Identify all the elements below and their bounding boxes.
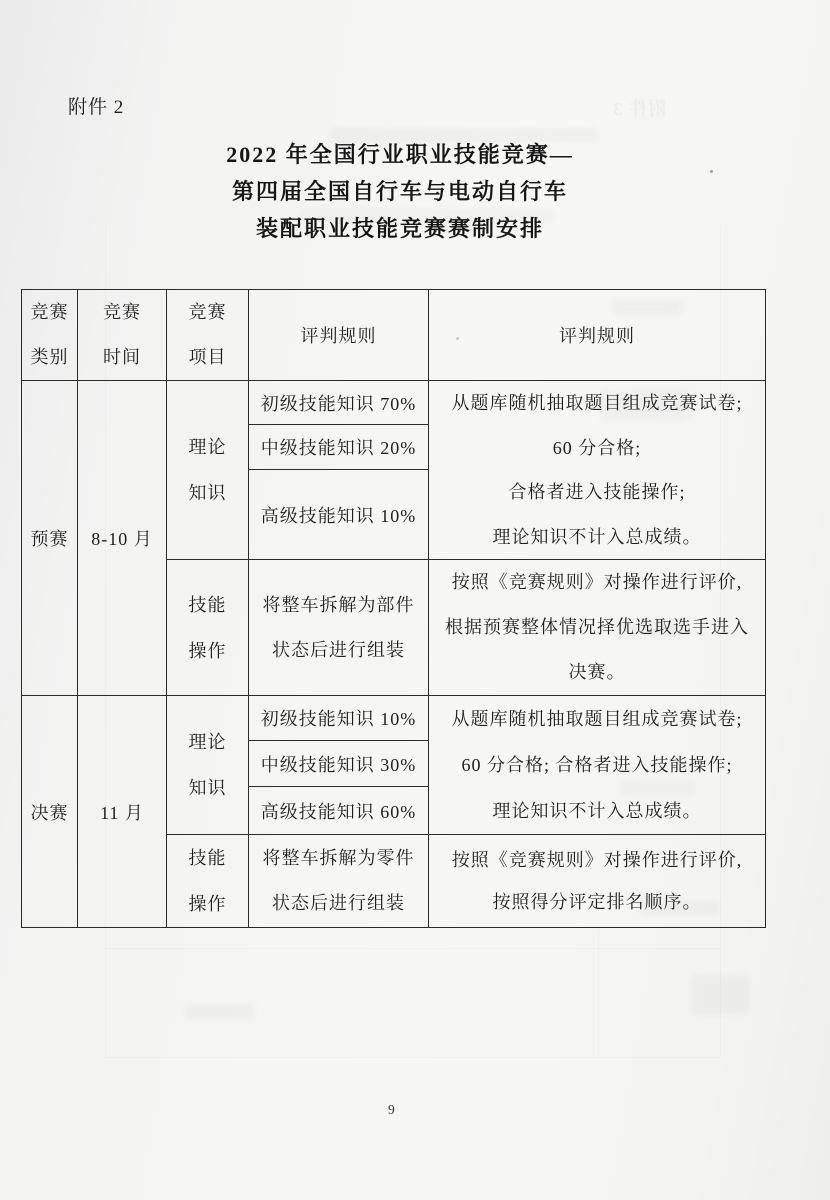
judge-line: 理论知识不计入总成绩。 — [429, 788, 765, 834]
prelim-skill-project-line1: 技能 — [167, 582, 248, 628]
document-title: 2022 年全国行业职业技能竞赛— 第四届全国自行车与电动自行车 装配职业技能竞… — [0, 136, 800, 247]
judge-line: 理论知识不计入总成绩。 — [429, 515, 765, 560]
final-skill-project-cell: 技能 操作 — [167, 835, 249, 928]
prelim-theory-rule-mid: 中级技能知识 20% — [249, 425, 429, 470]
header-category: 竞赛 类别 — [22, 290, 78, 381]
judge-line: 根据预赛整体情况择优选取选手进入 — [429, 605, 765, 650]
prelim-theory-judge-cell: 从题库随机抽取题目组成竞赛试卷; 60 分合格; 合格者进入技能操作; 理论知识… — [429, 381, 766, 560]
judge-line: 按照《竞赛规则》对操作进行评价, — [429, 839, 765, 881]
prelim-theory-project-line2: 知识 — [167, 470, 248, 516]
header-category-line2: 类别 — [22, 335, 77, 380]
bleedthrough-line — [105, 948, 720, 949]
table-row: 决赛 11 月 理论 知识 初级技能知识 10% 从题库随机抽取题目组成竞赛试卷… — [22, 696, 766, 741]
final-theory-judge-cell: 从题库随机抽取题目组成竞赛试卷; 60 分合格; 合格者进入技能操作; 理论知识… — [429, 696, 766, 835]
judge-line: 按照得分评定排名顺序。 — [429, 881, 765, 923]
header-category-line1: 竞赛 — [22, 290, 77, 335]
bleedthrough-line — [598, 930, 599, 1057]
final-theory-rule-senior: 高级技能知识 60% — [249, 787, 429, 835]
final-time-cell: 11 月 — [78, 696, 167, 928]
title-line-1: 2022 年全国行业职业技能竞赛— — [0, 136, 800, 173]
header-rules-1: 评判规则 — [249, 290, 429, 381]
prelim-skill-judge-cell: 按照《竞赛规则》对操作进行评价, 根据预赛整体情况择优选取选手进入 决赛。 — [429, 560, 766, 696]
table-row: 预赛 8-10 月 理论 知识 初级技能知识 70% 从题库随机抽取题目组成竞赛… — [22, 381, 766, 425]
rule-line: 将整车拆解为部件 — [249, 583, 428, 628]
final-theory-rule-mid: 中级技能知识 30% — [249, 741, 429, 787]
judge-line: 决赛。 — [429, 650, 765, 695]
final-theory-project-cell: 理论 知识 — [167, 696, 249, 835]
header-rules-2: 评判规则 — [429, 290, 766, 381]
header-time-line2: 时间 — [78, 335, 166, 380]
prelim-theory-project-line1: 理论 — [167, 424, 248, 470]
prelim-theory-project-cell: 理论 知识 — [167, 381, 249, 560]
prelim-time-cell: 8-10 月 — [78, 381, 167, 696]
final-skill-judge-cell: 按照《竞赛规则》对操作进行评价, 按照得分评定排名顺序。 — [429, 835, 766, 928]
judge-line: 合格者进入技能操作; — [429, 470, 765, 515]
page-number: 9 — [388, 1102, 395, 1118]
prelim-category-cell: 预赛 — [22, 381, 78, 696]
header-project: 竞赛 项目 — [167, 290, 249, 381]
rule-line: 将整车拆解为零件 — [249, 836, 428, 881]
judge-line: 从题库随机抽取题目组成竞赛试卷; — [429, 381, 765, 426]
table-header-row: 竞赛 类别 竞赛 时间 竞赛 项目 评判规则 评判规则 — [22, 290, 766, 381]
prelim-skill-rule-cell: 将整车拆解为部件 状态后进行组装 — [249, 560, 429, 696]
judge-line: 按照《竞赛规则》对操作进行评价, — [429, 560, 765, 605]
final-theory-project-line2: 知识 — [167, 765, 248, 811]
judge-line: 60 分合格; — [429, 426, 765, 471]
final-skill-project-line2: 操作 — [167, 881, 248, 927]
scanned-page: 附件 3 附件 2 2022 年全国行业职业技能竞赛— 第四届全国自行车与电动自… — [0, 0, 830, 1200]
attachment-label: 附件 2 — [68, 92, 124, 119]
final-skill-rule-cell: 将整车拆解为零件 状态后进行组装 — [249, 835, 429, 928]
prelim-skill-project-line2: 操作 — [167, 628, 248, 674]
rule-line: 状态后进行组装 — [249, 881, 428, 926]
prelim-theory-rule-junior: 初级技能知识 70% — [249, 381, 429, 425]
title-line-2: 第四届全国自行车与电动自行车 — [0, 173, 800, 210]
header-time: 竞赛 时间 — [78, 290, 167, 381]
final-theory-project-line1: 理论 — [167, 719, 248, 765]
bleedthrough-text-blob — [185, 1003, 255, 1019]
bleedthrough-line — [105, 1057, 720, 1058]
header-time-line1: 竞赛 — [78, 290, 166, 335]
header-project-line2: 项目 — [167, 335, 248, 380]
bleedthrough-attachment-label: 附件 3 — [596, 95, 666, 121]
final-category-cell: 决赛 — [22, 696, 78, 928]
prelim-skill-project-cell: 技能 操作 — [167, 560, 249, 696]
header-project-line1: 竞赛 — [167, 290, 248, 335]
rule-line: 状态后进行组装 — [249, 628, 428, 673]
prelim-theory-rule-senior: 高级技能知识 10% — [249, 470, 429, 560]
final-skill-project-line1: 技能 — [167, 835, 248, 881]
schedule-table: 竞赛 类别 竞赛 时间 竞赛 项目 评判规则 评判规则 预赛 8-10 月 理论… — [21, 289, 766, 928]
judge-line: 从题库随机抽取题目组成竞赛试卷; — [429, 696, 765, 742]
judge-line: 60 分合格; 合格者进入技能操作; — [429, 742, 765, 788]
final-theory-rule-junior: 初级技能知识 10% — [249, 696, 429, 741]
title-line-3: 装配职业技能竞赛赛制安排 — [0, 210, 800, 247]
